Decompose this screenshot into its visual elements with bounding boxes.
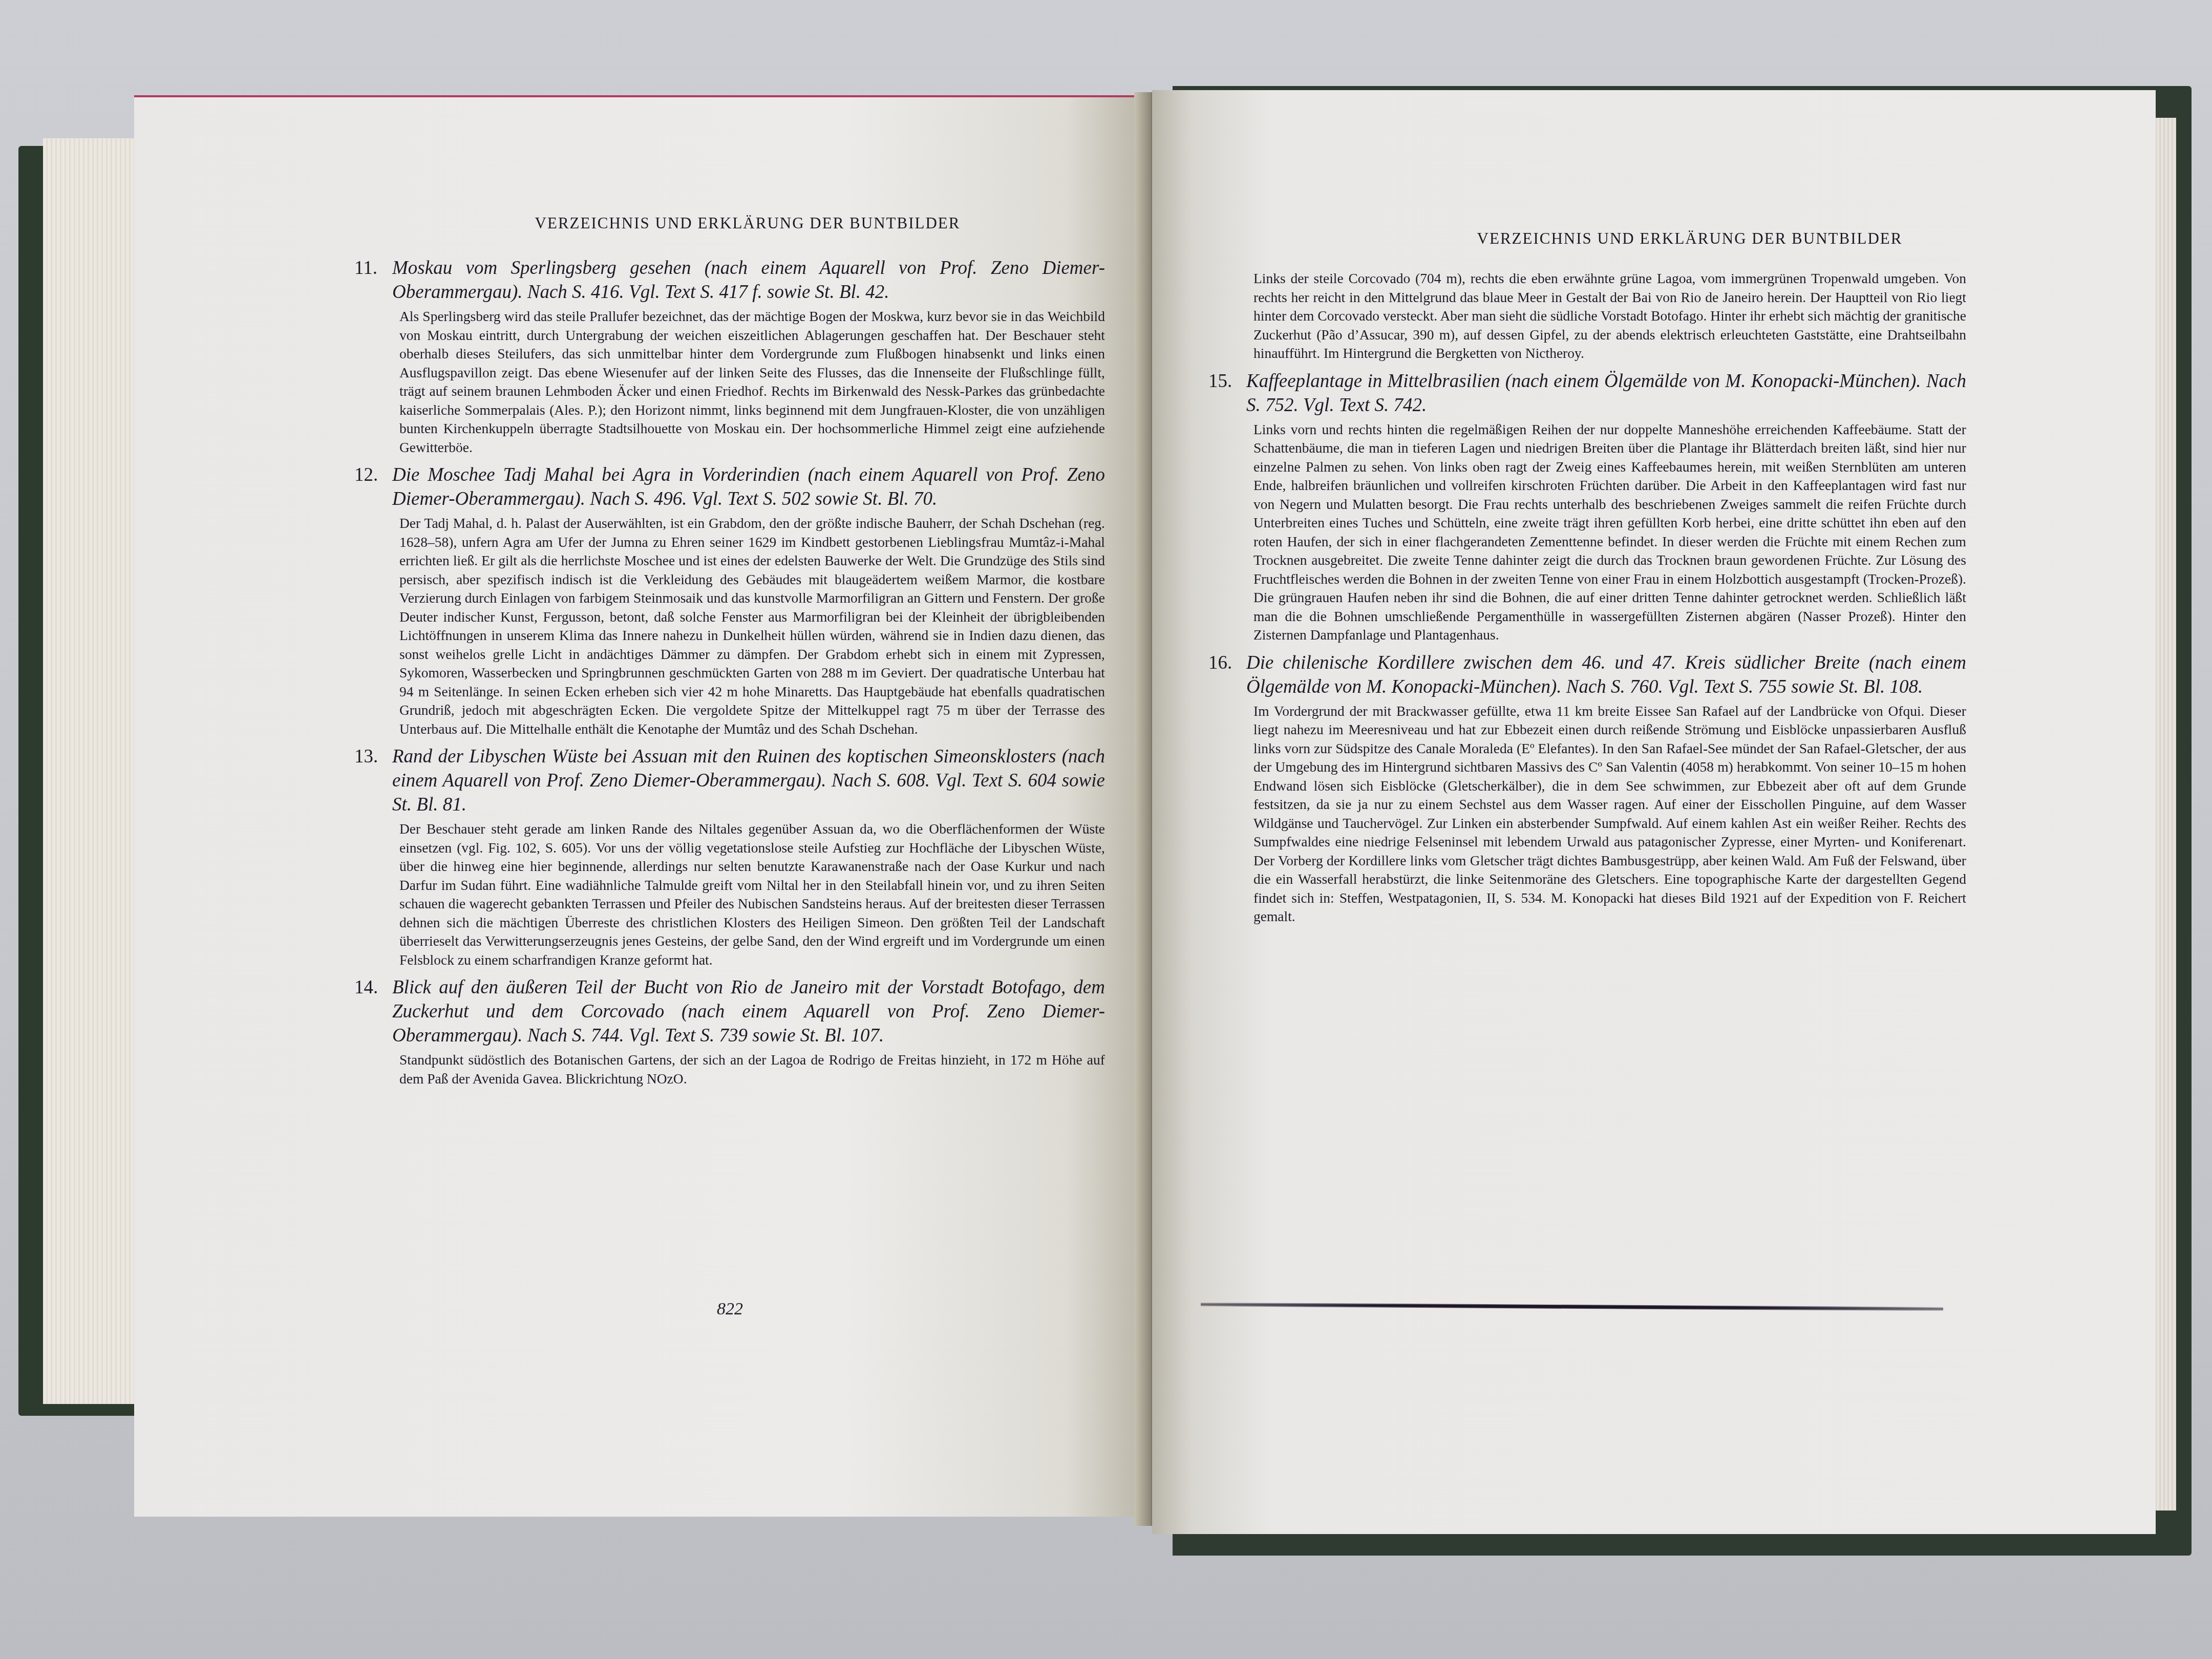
entry-number: 15. — [1208, 369, 1246, 393]
entry-title: 14.Blick auf den äußeren Teil der Bucht … — [354, 975, 1105, 1048]
entry-title-text: Die Moschee Tadj Mahal bei Agra in Vorde… — [392, 464, 1105, 509]
entry-14-continuation: Links der steile Corcovado (704 m), rech… — [1208, 269, 1966, 363]
entry-title: 13.Rand der Libyschen Wüste bei Assuan m… — [354, 745, 1105, 817]
entry-title-text: Rand der Libyschen Wüste bei Assuan mit … — [392, 746, 1105, 815]
entry-body: Links vorn und rechts hinten die regelmä… — [1208, 420, 1966, 645]
entry-body: Als Sperlingsberg wird das steile Prallu… — [354, 307, 1105, 457]
entry-title-text: Blick auf den äußeren Teil der Bucht von… — [392, 977, 1105, 1046]
entry-13: 13.Rand der Libyschen Wüste bei Assuan m… — [354, 745, 1105, 969]
entry-title-text: Moskau vom Sperlingsberg gesehen (nach e… — [392, 258, 1105, 303]
left-page-column: 11.Moskau vom Sperlingsberg gesehen (nac… — [354, 256, 1105, 1094]
entry-number: 13. — [354, 745, 392, 769]
entry-title: 15.Kaffeeplantage in Mittelbrasilien (na… — [1208, 369, 1966, 417]
entry-title: 16.Die chilenische Kordillere zwischen d… — [1208, 651, 1966, 699]
right-running-head: VERZEICHNIS UND ERKLÄRUNG DER BUNTBILDER — [1311, 229, 2069, 248]
entry-number: 11. — [354, 256, 392, 280]
entry-title: 11.Moskau vom Sperlingsberg gesehen (nac… — [354, 256, 1105, 304]
entry-16: 16.Die chilenische Kordillere zwischen d… — [1208, 651, 1966, 926]
entry-title-text: Kaffeeplantage in Mittelbrasilien (nach … — [1246, 371, 1966, 416]
right-page-column: Links der steile Corcovado (704 m), rech… — [1208, 269, 1966, 932]
entry-12: 12.Die Moschee Tadj Mahal bei Agra in Vo… — [354, 463, 1105, 738]
entry-title-text: Die chilenische Kordillere zwischen dem … — [1246, 652, 1966, 697]
left-running-head: VERZEICHNIS UND ERKLÄRUNG DER BUNTBILDER — [358, 214, 1137, 232]
entry-14: 14.Blick auf den äußeren Teil der Bucht … — [354, 975, 1105, 1088]
entry-15: 15.Kaffeeplantage in Mittelbrasilien (na… — [1208, 369, 1966, 645]
entry-body: Der Beschauer steht gerade am linken Ran… — [354, 820, 1105, 969]
page-number: 822 — [717, 1300, 743, 1319]
entry-title: 12.Die Moschee Tadj Mahal bei Agra in Vo… — [354, 463, 1105, 511]
entry-body: Im Vordergrund der mit Brackwasser gefül… — [1208, 702, 1966, 926]
entry-body: Der Tadj Mahal, d. h. Palast der Auserwä… — [354, 514, 1105, 738]
entry-11: 11.Moskau vom Sperlingsberg gesehen (nac… — [354, 256, 1105, 457]
entry-number: 16. — [1208, 651, 1246, 675]
entry-number: 14. — [354, 975, 392, 999]
entry-body: Standpunkt südöstlich des Botanischen Ga… — [354, 1051, 1105, 1088]
entry-number: 12. — [354, 463, 392, 487]
